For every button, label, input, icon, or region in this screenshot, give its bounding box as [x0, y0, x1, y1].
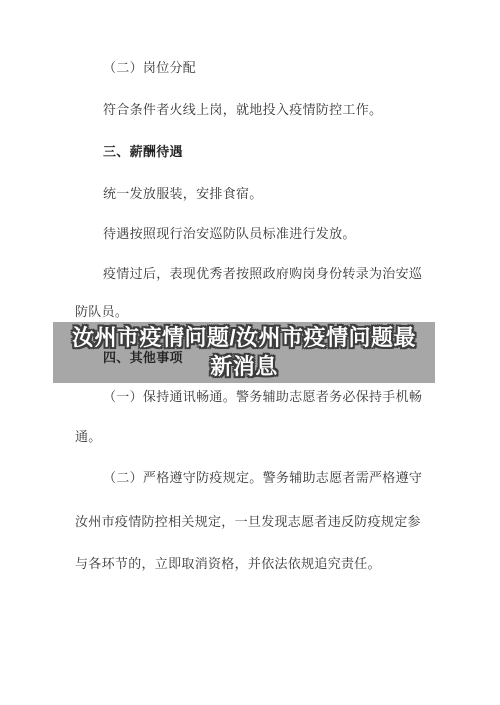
- document-line: 疫情过后，表现优秀者按照政府购岗身份转录为治安巡: [103, 266, 483, 282]
- document-line: 符合条件者火线上岗，就地投入疫情防控工作。: [103, 102, 483, 118]
- document-line: 汝州市疫情防控相关规定，一旦发现志愿者违反防疫规定参: [75, 514, 455, 530]
- document-line: 统一发放服装，安排食宿。: [103, 186, 483, 202]
- document-line: 通。: [75, 429, 455, 445]
- document-line: （二）严格遵守防疫规定。警务辅助志愿者需严格遵守: [103, 470, 483, 486]
- document-line: 防队员。: [75, 304, 455, 320]
- document-line: （二）岗位分配: [103, 60, 483, 76]
- document-line: 与各环节的，立即取消资格，并依法依规追究责任。: [75, 556, 455, 572]
- document-line: （一）保持通讯畅通。警务辅助志愿者务必保持手机畅: [103, 389, 483, 405]
- document-page: （二）岗位分配符合条件者火线上岗，就地投入疫情防控工作。三、薪酬待遇统一发放服装…: [0, 0, 500, 705]
- document-line: 四、其他事项: [103, 350, 483, 366]
- document-line: 三、薪酬待遇: [103, 144, 483, 160]
- document-body: （二）岗位分配符合条件者火线上岗，就地投入疫情防控工作。三、薪酬待遇统一发放服装…: [0, 0, 500, 705]
- document-line: 待遇按照现行治安巡防队员标准进行发放。: [103, 226, 483, 242]
